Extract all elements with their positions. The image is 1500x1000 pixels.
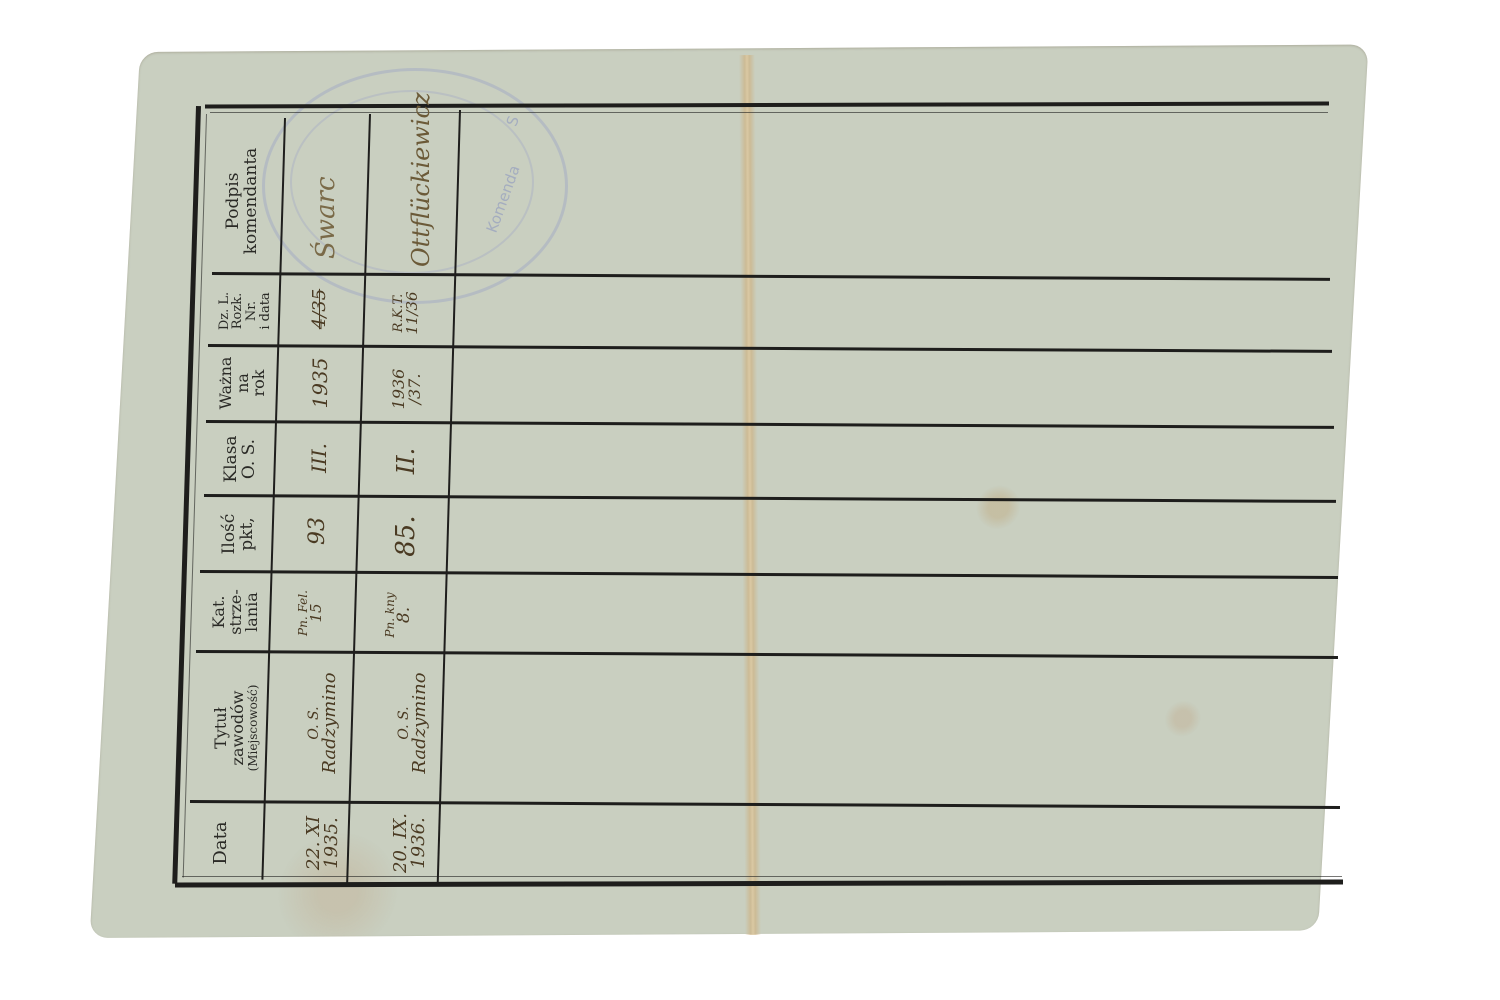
header-dz-l-rozk: Dz. L.Rozk.Nr.i data <box>212 278 278 344</box>
row2-tytul: O. S.Radzymino <box>397 643 443 803</box>
header-ilosc-pkt: Ilośćpkt, <box>203 498 275 570</box>
row1-klasa: III. <box>309 428 339 488</box>
row2-kat: Pn. kny8. <box>384 578 434 652</box>
row1-kat: Pn. Fel.15 <box>297 576 343 650</box>
row2-podpis-signature: Ottflückiewicz <box>407 117 447 267</box>
header-kat-strzelania: Kat.strze-lania <box>198 574 274 650</box>
header-podpis-komendanta: Podpiskomendanta <box>210 126 276 276</box>
frame-top-thin-line <box>210 112 1328 113</box>
header-tytul-zawodow: Tytułzawodów(Miejscowość) <box>198 654 274 802</box>
header-data: Data <box>188 808 254 878</box>
row1-tytul: O. S.Radzymino <box>307 643 353 803</box>
column-line-dzl <box>208 344 1332 353</box>
column-line-tytul <box>190 800 1340 809</box>
column-line-wazna <box>206 420 1334 429</box>
row2-ilosc: 85. <box>393 503 433 569</box>
row1-wazna: 1935 <box>310 348 340 418</box>
row2-klasa: II. <box>394 431 430 491</box>
row1-dzl: 4/35 <box>311 279 341 339</box>
row2-wazna: 1936/37. <box>391 353 437 425</box>
column-line-klasa <box>204 494 1336 503</box>
row1-podpis-signature: Śwarc <box>311 139 345 259</box>
column-line-ilosc <box>200 570 1338 579</box>
frame-bottom-thin-line <box>182 876 1342 877</box>
card-content: Komenda S Podpiskomendanta Dz. L.Rozk.Nr… <box>0 0 1500 1000</box>
row2-dzl: R.K.T.11/36 <box>392 278 438 348</box>
header-klasa-os: KlasaO. S. <box>206 424 276 494</box>
row1-ilosc: 93 <box>307 501 337 561</box>
header-wazna-na-rok: Ważnanarok <box>208 348 278 418</box>
column-line-kat <box>196 650 1338 659</box>
